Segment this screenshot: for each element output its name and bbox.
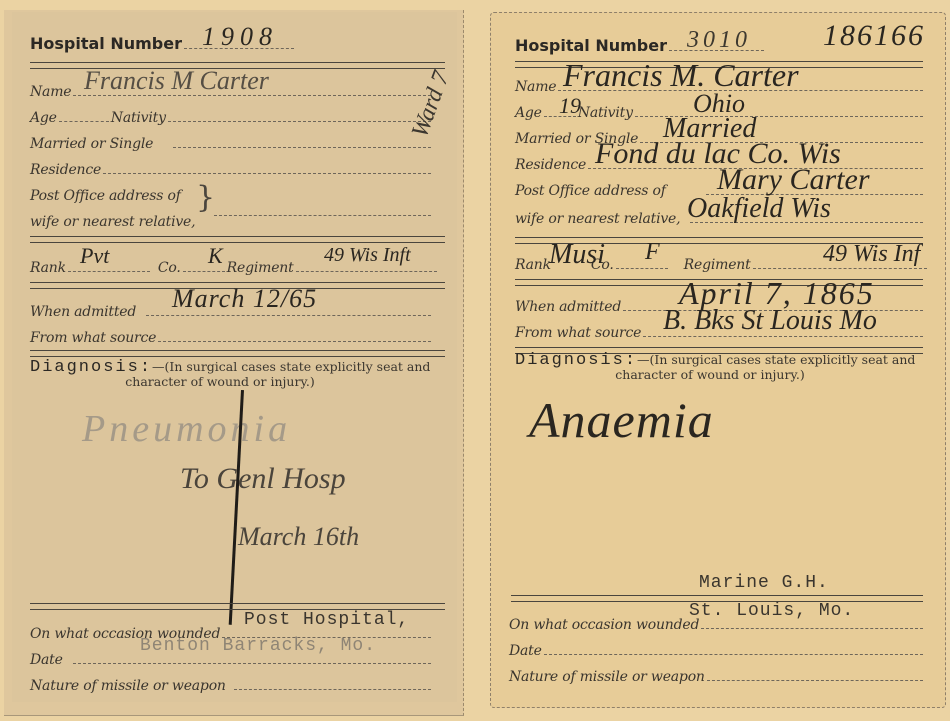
diagnosis-instruction-2: character of wound or injury.) [515,368,935,382]
source-label: From what source [30,330,156,346]
po-value-1: Mary Carter [717,163,870,197]
divider [30,603,445,604]
divider [30,236,445,237]
po-value-row [212,196,433,220]
divider [30,282,445,283]
hospital-card-right: Hospital Number 3010 186166 Name Francis… [490,12,946,708]
source-value: B. Bks St Louis Mo [663,305,877,337]
po-label-1: Post Office address of [515,183,666,199]
dotted-line [753,268,927,269]
married-row: Married or Single [30,128,433,152]
residence-row: Residence [30,154,433,178]
co-value: F [645,239,660,266]
po-label-2: wife or nearest relative, [515,211,680,227]
age-nativity-row: Age Nativity [30,102,433,126]
hospital-number-value: 1908 [202,22,278,52]
diagnosis-note-2: March 16th [238,522,359,552]
dotted-line [544,654,923,655]
diagnosis-value: Anaemia [529,391,714,449]
missile-label: Nature of missile or weapon [30,678,226,694]
diagnosis-instruction-1: —(In surgical cases state explicitly sea… [152,359,430,374]
date-label: Date [30,652,63,668]
dotted-line [146,315,431,316]
co-label: Co. [158,260,181,276]
diagnosis-instruction-1: —(In surgical cases state explicitly sea… [637,352,915,367]
dotted-line [59,121,109,122]
source-label: From what source [515,325,641,341]
dotted-line [68,271,150,272]
dotted-line [173,147,431,148]
diagnosis-instruction-2: character of wound or injury.) [30,375,450,389]
missile-row: Nature of missile or weapon [509,661,925,685]
divider [30,356,445,357]
name-value: Francis M. Carter [563,57,799,94]
card-panel: Hospital Number 1908 Name Francis M Cart… [12,12,457,702]
stamp-line-2: Benton Barracks, Mo. [140,636,376,656]
dotted-line [168,121,431,122]
hospital-number-label: Hospital Number [30,34,182,53]
residence-label: Residence [515,157,586,173]
source-row: From what source [30,322,433,346]
missile-label: Nature of missile or weapon [509,669,705,685]
date-label: Date [509,643,542,659]
dotted-line [701,628,923,629]
stamp-line-1: Marine G.H. [699,573,829,593]
wounded-label: On what occasion wounded [509,617,699,633]
married-label: Married or Single [30,136,153,152]
age-label: Age [515,105,542,121]
regiment-value: 49 Wis Inf [823,241,920,268]
hospital-number-value: 3010 [687,27,751,54]
po-value-2: Oakfield Wis [687,193,831,225]
regiment-value: 49 Wis Inft [324,244,411,267]
age-value: 19 [559,93,581,119]
corner-note: 186166 [823,19,925,53]
age-label: Age [30,110,57,126]
stamp-line-2: St. Louis, Mo. [689,601,854,621]
stamp-line-1: Post Hospital, [244,610,409,630]
rank-label: Rank [515,257,551,273]
nativity-label: Nativity [111,110,166,126]
divider [30,62,445,63]
regiment-label: Regiment [227,260,294,276]
divider [515,347,923,348]
admitted-label: When admitted [30,304,136,320]
diagnosis-heading-block: Diagnosis:—(In surgical cases state expl… [515,353,935,382]
po-row-1: Post Office address of [30,180,200,204]
dotted-line [158,341,431,342]
admitted-label: When admitted [515,299,621,315]
rank-label: Rank [30,260,66,276]
date-row: Date [509,635,925,659]
hospital-card-left: Hospital Number 1908 Name Francis M Cart… [4,10,464,716]
hospital-number-label: Hospital Number [515,36,667,55]
admitted-value: March 12/65 [172,284,317,314]
divider [515,237,923,238]
diagnosis-heading-block: Diagnosis:—(In surgical cases state expl… [30,360,450,389]
dotted-line [183,271,225,272]
po-label-1: Post Office address of [30,188,181,204]
dotted-line [214,215,431,216]
residence-label: Residence [30,162,101,178]
divider [511,595,923,596]
dotted-line [103,173,431,174]
po-row-2: wife or nearest relative, [30,206,200,230]
missile-row: Nature of missile or weapon [30,670,433,694]
name-value: Francis M Carter [84,66,269,96]
rank-value: Musi [549,239,605,271]
co-value: K [208,243,223,269]
diagnosis-note-1: To Genl Hosp [180,462,346,496]
rank-value: Pvt [80,243,109,269]
dotted-line [616,268,668,269]
nativity-label: Nativity [578,105,633,121]
dotted-line [234,689,431,690]
name-label: Name [30,84,71,100]
name-label: Name [515,79,556,95]
dotted-line [73,663,431,664]
dotted-line [296,271,437,272]
regiment-label: Regiment [684,257,751,273]
po-label-2: wife or nearest relative, [30,214,195,230]
divider [30,350,445,351]
dotted-line [707,680,923,681]
diagnosis-value: Pneumonia [82,407,291,451]
